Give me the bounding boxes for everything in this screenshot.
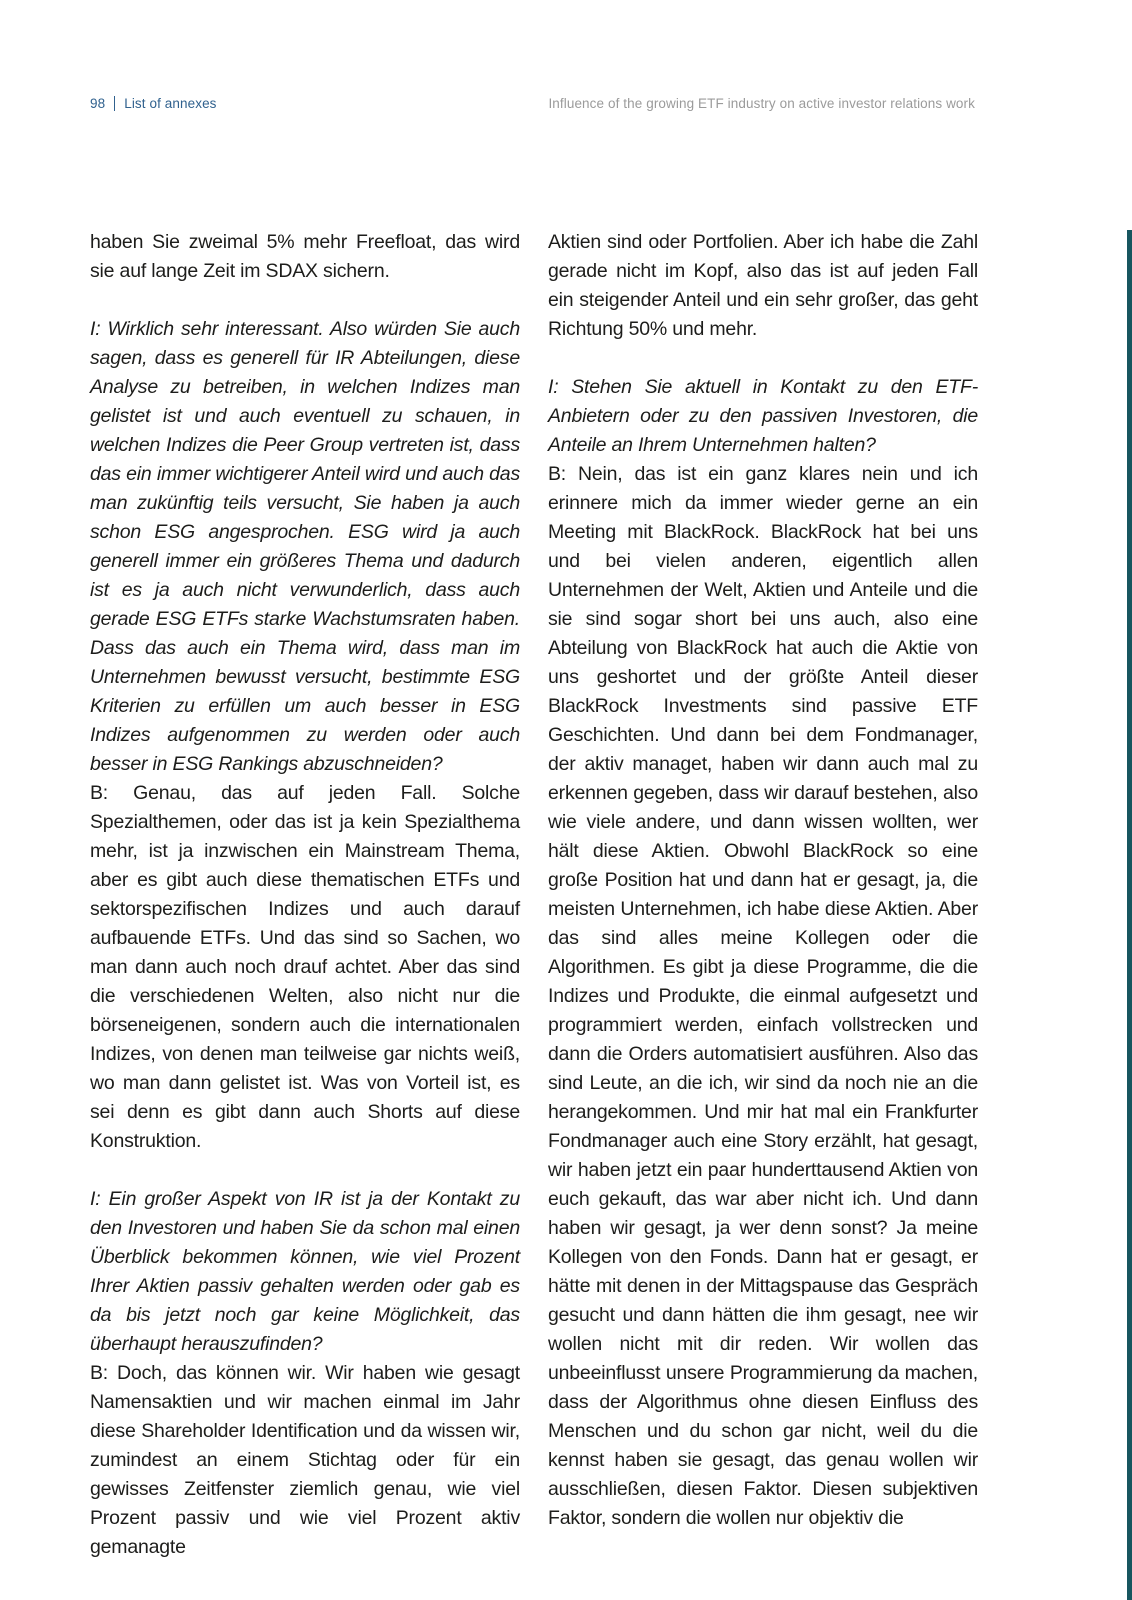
paragraph: B: Doch, das können wir. Wir haben wie g…	[90, 1359, 520, 1562]
header-left: 98 List of annexes	[90, 96, 217, 111]
header-divider	[114, 96, 115, 111]
document-page: 98 List of annexes Influence of the grow…	[0, 0, 1132, 1600]
running-title: Influence of the growing ETF industry on…	[548, 96, 975, 111]
page-number: 98	[90, 96, 105, 111]
text-column-right: Aktien sind oder Portfolien. Aber ich ha…	[548, 228, 978, 1562]
paragraph: I: Ein großer Aspekt von IR ist ja der K…	[90, 1185, 520, 1359]
paragraph: B: Nein, das ist ein ganz klares nein un…	[548, 460, 978, 1533]
text-column-left: haben Sie zweimal 5% mehr Freefloat, das…	[90, 228, 520, 1562]
page-header: 98 List of annexes Influence of the grow…	[90, 96, 975, 111]
paragraph: Aktien sind oder Portfolien. Aber ich ha…	[548, 228, 978, 344]
text-content: haben Sie zweimal 5% mehr Freefloat, das…	[90, 228, 978, 1562]
paragraph: haben Sie zweimal 5% mehr Freefloat, das…	[90, 228, 520, 286]
paragraph: I: Wirklich sehr interessant. Also würde…	[90, 315, 520, 779]
section-title: List of annexes	[124, 96, 216, 111]
paragraph: B: Genau, das auf jeden Fall. Solche Spe…	[90, 779, 520, 1156]
chapter-edge-marker	[1127, 230, 1132, 1600]
paragraph: I: Stehen Sie aktuell in Kontakt zu den …	[548, 373, 978, 460]
